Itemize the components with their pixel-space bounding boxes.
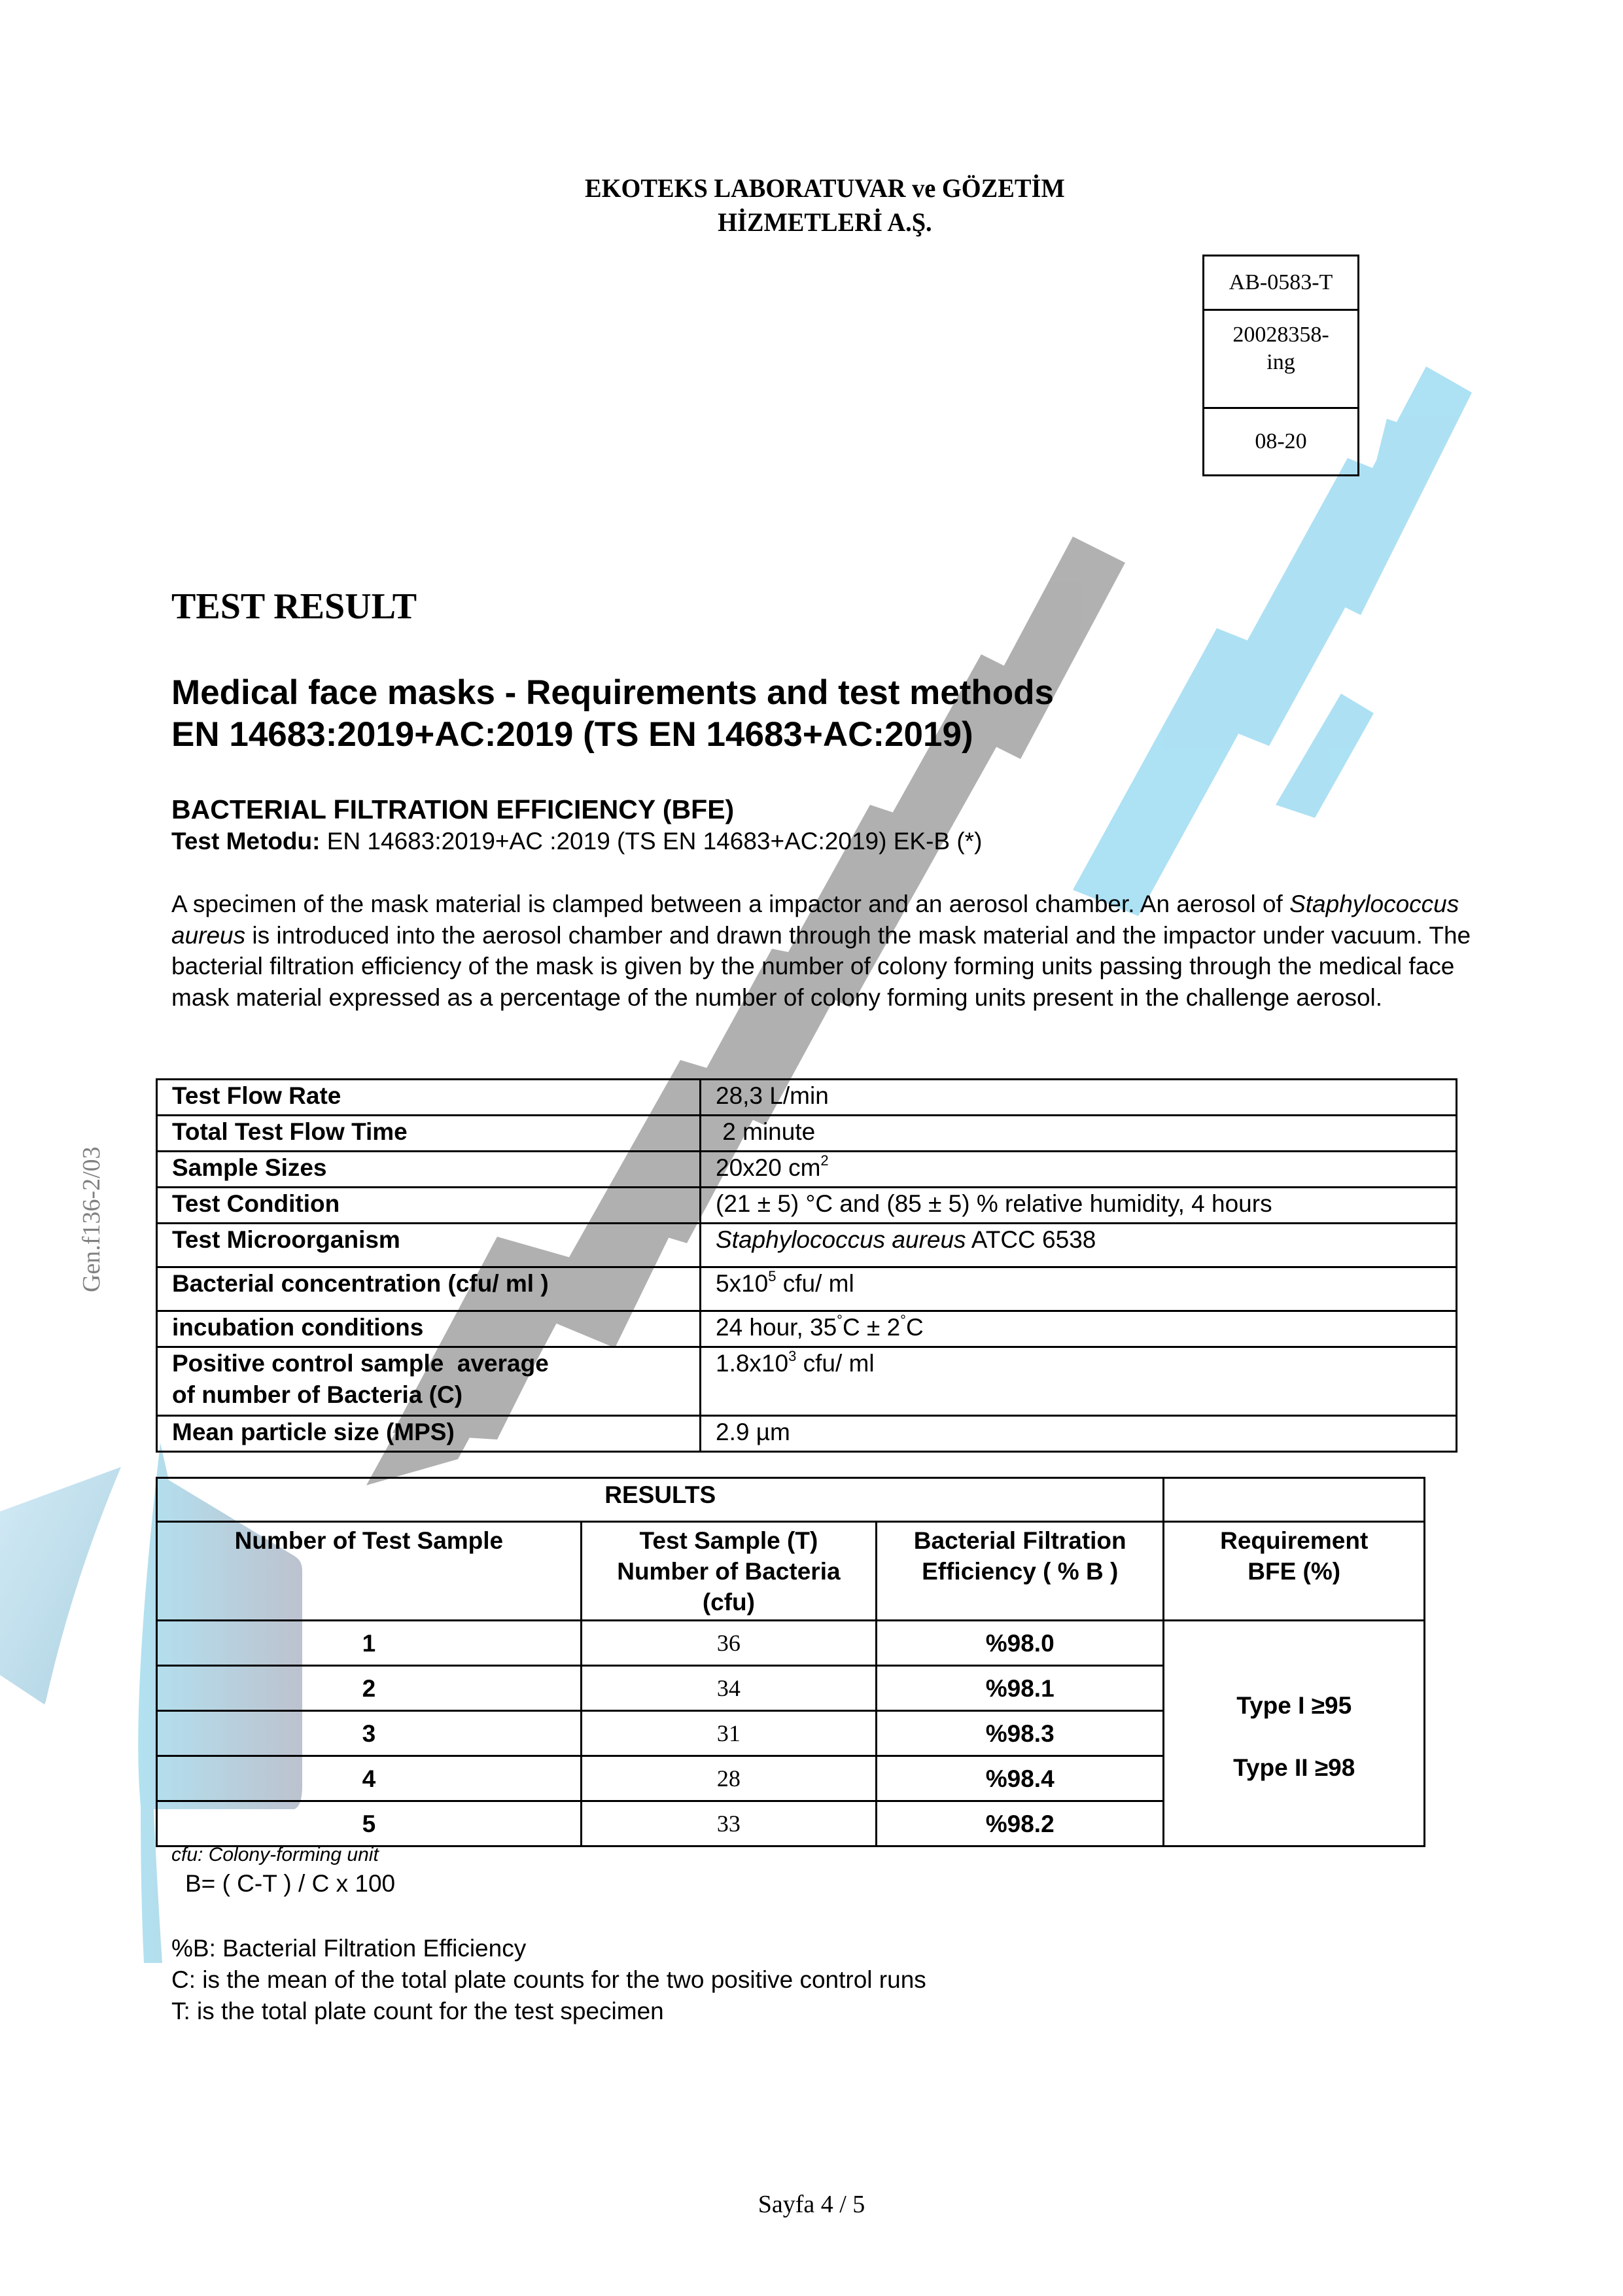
test-method-label: Test Metodu: (171, 828, 320, 855)
page-number: Sayfa 4 / 5 (0, 2190, 1623, 2219)
report-number-line1: 20028358- (1232, 321, 1329, 349)
param-label: Test Condition (157, 1188, 701, 1224)
table-row: 1 36 %98.0 Type I ≥95 Type II ≥98 (157, 1621, 1425, 1666)
reference-box: AB-0583-T 20028358- ing 08-20 (1202, 255, 1359, 476)
bfe-value: %98.0 (877, 1621, 1164, 1666)
table-row: Test Flow Rate 28,3 L/min (157, 1080, 1457, 1116)
param-label: Test Microorganism (157, 1224, 701, 1267)
param-label: Bacterial concentration (cfu/ ml ) (157, 1267, 701, 1311)
sample-number: 4 (157, 1756, 582, 1801)
bacteria-count: 34 (581, 1666, 876, 1711)
param-label: Sample Sizes (157, 1152, 701, 1188)
sample-number: 1 (157, 1621, 582, 1666)
report-number: 20028358- ing (1204, 311, 1357, 409)
param-value: 2 minute (701, 1116, 1457, 1152)
param-value: 5x105 cfu/ ml (701, 1267, 1457, 1311)
bfe-value: %98.1 (877, 1666, 1164, 1711)
organization-name-line1: EKOTEKS LABORATUVAR ve GÖZETİM (33, 171, 1592, 205)
bfe-formula: B= ( C-T ) / C x 100 (185, 1870, 395, 1898)
header-bfe: Bacterial FiltrationEfficiency ( % B ) (877, 1522, 1164, 1621)
legend-b: %B: Bacterial Filtration Efficiency (171, 1933, 926, 1964)
param-label: Total Test Flow Time (157, 1116, 701, 1152)
header-sample-number: Number of Test Sample (157, 1522, 582, 1621)
param-value: (21 ± 5) °C and (85 ± 5) % relative humi… (701, 1188, 1457, 1224)
cfu-footnote: cfu: Colony-forming unit (171, 1844, 379, 1866)
test-method: Test Metodu: EN 14683:2019+AC :2019 (TS … (171, 826, 982, 857)
report-date: 08-20 (1204, 409, 1357, 474)
param-value: Staphylococcus aureus ATCC 6538 (701, 1224, 1457, 1267)
table-row: Mean particle size (MPS) 2.9 µm (157, 1416, 1457, 1452)
requirement-values: Type I ≥95 Type II ≥98 (1164, 1621, 1425, 1846)
method-description: A specimen of the mask material is clamp… (171, 889, 1506, 1013)
param-value: 1.8x103 cfu/ ml (701, 1347, 1457, 1416)
header-bacteria-count: Test Sample (T)Number of Bacteria(cfu) (581, 1522, 876, 1621)
param-label: Mean particle size (MPS) (157, 1416, 701, 1452)
bacteria-count: 36 (581, 1621, 876, 1666)
bacteria-count: 33 (581, 1801, 876, 1846)
table-row: Total Test Flow Time 2 minute (157, 1116, 1457, 1152)
formula-legend: %B: Bacterial Filtration Efficiency C: i… (171, 1933, 926, 2027)
bfe-value: %98.3 (877, 1711, 1164, 1756)
table-row: incubation conditions 24 hour, 35°C ± 2°… (157, 1311, 1457, 1347)
results-title: RESULTS (157, 1478, 1164, 1522)
bacteria-count: 31 (581, 1711, 876, 1756)
results-table: RESULTS Number of Test Sample Test Sampl… (156, 1477, 1425, 1847)
param-value: 20x20 cm2 (701, 1152, 1457, 1188)
standard-title-line1: Medical face masks - Requirements and te… (171, 672, 1054, 714)
param-label: Positive control sample averageof number… (157, 1347, 701, 1416)
sample-number: 2 (157, 1666, 582, 1711)
table-row: Test Microorganism Staphylococcus aureus… (157, 1224, 1457, 1267)
form-code-text: Gen.f136-2/03 (77, 1122, 106, 1292)
standard-title: Medical face masks - Requirements and te… (171, 672, 1054, 756)
empty-cell (1164, 1478, 1425, 1522)
table-row: Positive control sample averageof number… (157, 1347, 1457, 1416)
param-value: 28,3 L/min (701, 1080, 1457, 1116)
section-heading: TEST RESULT (171, 586, 417, 627)
organization-name-line2: HİZMETLERİ A.Ş. (33, 205, 1592, 239)
results-header-row: Number of Test Sample Test Sample (T)Num… (157, 1522, 1425, 1621)
header-requirement: RequirementBFE (%) (1164, 1522, 1425, 1621)
form-code-vertical: Gen.f136-2/03 (77, 972, 106, 1142)
results-title-row: RESULTS (157, 1478, 1425, 1522)
test-parameters-table: Test Flow Rate 28,3 L/min Total Test Flo… (156, 1078, 1457, 1453)
requirement-type2: Type II ≥98 (1165, 1752, 1423, 1783)
legend-c: C: is the mean of the total plate counts… (171, 1964, 926, 1996)
param-label: Test Flow Rate (157, 1080, 701, 1116)
bacteria-count: 28 (581, 1756, 876, 1801)
legend-t: T: is the total plate count for the test… (171, 1996, 926, 2027)
table-row: Bacterial concentration (cfu/ ml ) 5x105… (157, 1267, 1457, 1311)
bfe-value: %98.4 (877, 1756, 1164, 1801)
table-row: Sample Sizes 20x20 cm2 (157, 1152, 1457, 1188)
sample-number: 3 (157, 1711, 582, 1756)
sample-number: 5 (157, 1801, 582, 1846)
bfe-heading: BACTERIAL FILTRATION EFFICIENCY (BFE) (171, 793, 734, 826)
accreditation-number: AB-0583-T (1204, 256, 1357, 311)
table-row: Test Condition (21 ± 5) °C and (85 ± 5) … (157, 1188, 1457, 1224)
test-method-value: EN 14683:2019+AC :2019 (TS EN 14683+AC:2… (320, 828, 982, 855)
param-value: 24 hour, 35°C ± 2°C (701, 1311, 1457, 1347)
description-part2: is introduced into the aerosol chamber a… (171, 922, 1471, 1011)
bfe-value: %98.2 (877, 1801, 1164, 1846)
description-part1: A specimen of the mask material is clamp… (171, 891, 1289, 917)
standard-title-line2: EN 14683:2019+AC:2019 (TS EN 14683+AC:20… (171, 714, 1054, 756)
report-number-line2: ing (1232, 349, 1329, 376)
param-value: 2.9 µm (701, 1416, 1457, 1452)
organization-header: EKOTEKS LABORATUVAR ve GÖZETİM HİZMETLER… (33, 171, 1592, 239)
param-label: incubation conditions (157, 1311, 701, 1347)
requirement-type1: Type I ≥95 (1165, 1690, 1423, 1721)
